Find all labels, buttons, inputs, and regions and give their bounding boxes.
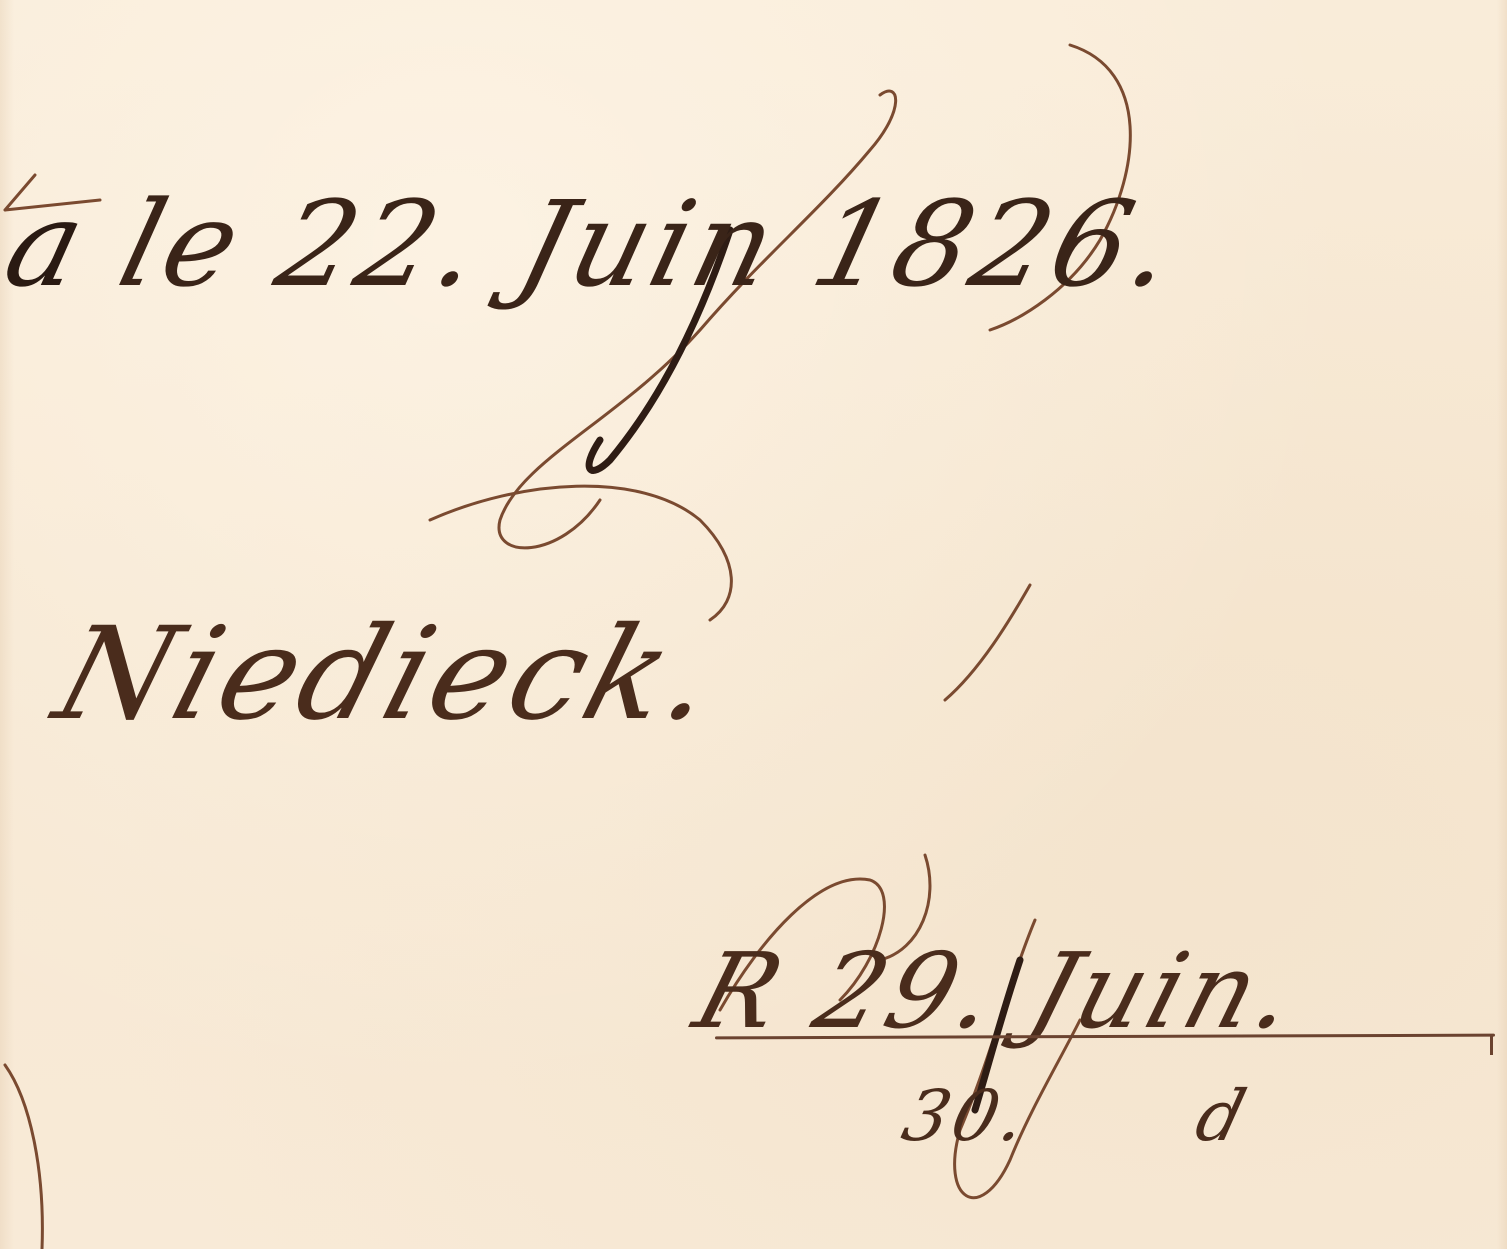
bottom-note: 30.d [895, 1075, 1258, 1157]
paper-right-edge [1497, 0, 1507, 1249]
underline-rule-tick [1490, 1035, 1493, 1055]
date-text: le 22. Juin 1826. [107, 175, 1192, 313]
sender-name: Niedieck. [41, 600, 737, 749]
paper-left-edge [0, 0, 14, 1249]
note-left: 30. [895, 1075, 1039, 1157]
date-line: ale 22. Juin 1826. [0, 175, 1192, 313]
